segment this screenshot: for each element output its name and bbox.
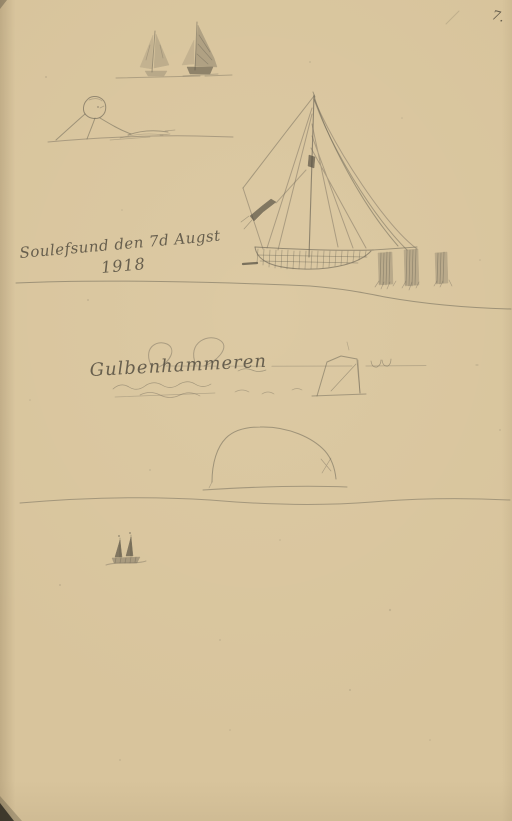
- small-rock: [312, 342, 391, 396]
- pencil-scratch: [446, 11, 459, 24]
- reclining-figure: [48, 96, 233, 142]
- tiny-sail: [126, 537, 133, 556]
- hull-hatch: [257, 249, 366, 269]
- mast-dot: [129, 532, 131, 534]
- speck: [29, 399, 31, 401]
- speck: [309, 61, 311, 63]
- mast-knot: [308, 155, 315, 168]
- mainsail-leech-2: [314, 99, 407, 250]
- page-corners: [0, 0, 22, 821]
- rock-outline: [317, 356, 360, 396]
- speck: [401, 117, 403, 119]
- hull-top: [255, 247, 373, 250]
- speck: [121, 209, 123, 211]
- caption-group: Gulbenhammeren: [89, 338, 478, 398]
- jib-stays: [267, 108, 312, 250]
- rock-zigzag: [321, 458, 331, 473]
- speck: [279, 539, 281, 541]
- hull: [145, 71, 167, 76]
- back-line: [56, 114, 85, 140]
- flag-pennant: [250, 199, 276, 221]
- big-rock: [203, 427, 347, 490]
- jib-sail: [182, 40, 194, 65]
- wave-marks: [235, 389, 302, 395]
- mast: [309, 95, 314, 257]
- shoreline: [16, 281, 511, 309]
- speck: [479, 259, 481, 261]
- tick-mark: [347, 342, 349, 350]
- page-number: 7.: [490, 8, 506, 26]
- speck: [87, 299, 89, 301]
- small-sailboat-right: [182, 22, 218, 76]
- chest-line: [87, 118, 95, 139]
- speck: [499, 429, 501, 431]
- speck: [119, 759, 121, 761]
- head: [83, 96, 105, 118]
- speck: [149, 469, 151, 471]
- waterline: [116, 75, 232, 78]
- wave-scribble: [113, 382, 211, 390]
- backstay: [314, 99, 417, 249]
- speck: [45, 76, 47, 78]
- water-dash: [243, 263, 257, 264]
- sail-left-edge: [243, 96, 314, 188]
- sail: [140, 35, 153, 69]
- speck: [59, 584, 61, 586]
- hull: [187, 67, 213, 74]
- long-shoreline: [20, 498, 510, 505]
- ground-line: [48, 136, 233, 142]
- forearm: [128, 131, 168, 135]
- tiny-boats: [106, 532, 146, 565]
- wave-underline: [115, 393, 215, 397]
- speck: [389, 609, 391, 611]
- mast-dot: [118, 535, 120, 537]
- speck: [429, 739, 431, 741]
- rock-inner-line: [331, 364, 356, 391]
- rock-outline: [212, 427, 336, 482]
- rock-base: [312, 394, 366, 396]
- rock-baseline: [203, 486, 347, 490]
- speck: [229, 729, 231, 731]
- face-marks: [89, 99, 104, 108]
- speck: [219, 639, 221, 641]
- mainsail-leech: [314, 96, 398, 246]
- pencil-sketch: 7. Soulefsund den 7d Augst 1918: [0, 0, 512, 821]
- inscription-line2: 1918: [100, 254, 146, 277]
- arm: [100, 118, 131, 134]
- flag-tails: [241, 216, 252, 229]
- three-dark-sails: [375, 249, 452, 290]
- main-sailboat: [241, 92, 417, 269]
- paper-speckles: [29, 61, 501, 761]
- small-sailboat-left: [116, 31, 232, 78]
- corner-nick: [0, 0, 7, 9]
- inscription: Soulefsund den 7d Augst 1918: [19, 226, 224, 283]
- tiny-sail: [115, 540, 122, 557]
- eye-dot: [97, 106, 98, 107]
- sketchbook-page: 7. Soulefsund den 7d Augst 1918: [0, 0, 512, 821]
- speck: [349, 689, 351, 691]
- rock-foot: [209, 482, 212, 488]
